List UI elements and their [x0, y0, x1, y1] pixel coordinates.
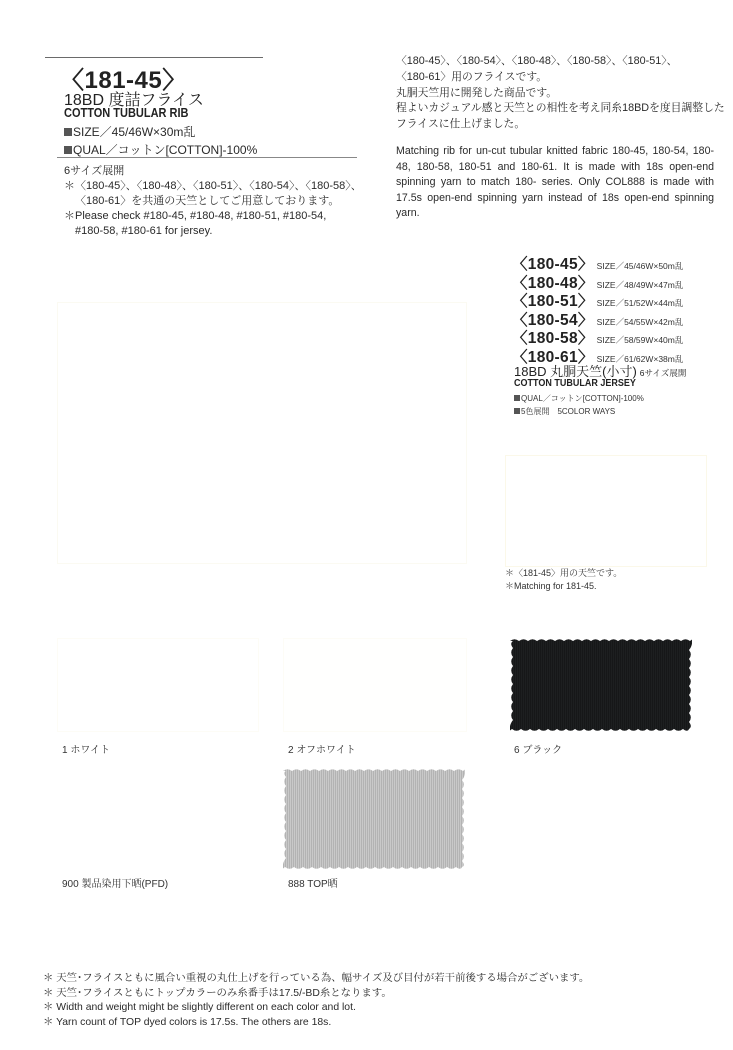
color-label-pfd: 900 製品染用下晒(PFD): [62, 875, 168, 890]
footnotes: ＊ 天竺･フライスともに風合い重視の丸仕上げを行っている為、幅サイズ及び目付が若…: [43, 972, 589, 1030]
jersey-swatch: [505, 455, 707, 567]
jersey-size-row: 〈180-58〉SIZE／58/59W×40m乱: [512, 326, 683, 345]
jersey-qual-text: QUAL／コットン[COTTON]-100%: [521, 394, 644, 403]
jersey-size-row: 〈180-45〉SIZE／45/46W×50m乱: [512, 252, 683, 271]
jersey-name-en: COTTON TUBULAR JERSEY: [514, 378, 636, 389]
swatch-offwhite: [283, 638, 467, 732]
spec-size: SIZE／45/46W×30m乱: [64, 123, 195, 140]
jersey-size-row: 〈180-48〉SIZE／48/49W×47m乱: [512, 271, 683, 290]
bullet-square-icon: [64, 146, 72, 154]
jersey-size-row: 〈180-54〉SIZE／54/55W×42m乱: [512, 308, 683, 327]
spec-qual-text: QUAL／コットン[COTTON]-100%: [73, 143, 257, 157]
spec-size-text: SIZE／45/46W×30m乱: [73, 125, 195, 139]
jersey-name-note: 6サイズ展開: [640, 368, 687, 378]
product-name-en: COTTON TUBULAR RIB: [64, 106, 188, 120]
swatch-top-gray: [283, 768, 465, 870]
description-jp: 〈180-45〉、〈180-54〉、〈180-48〉、〈180-58〉、〈180…: [396, 54, 731, 133]
footnote: ＊ Yarn count of TOP dyed colors is 17.5s…: [43, 1016, 589, 1031]
description-jp-line: 丸胴天竺用に開発した商品です。: [396, 86, 731, 102]
jersey-note-jp: ＊〈181-45〉用の天竺です。: [505, 567, 622, 580]
bullet-square-icon: [514, 395, 520, 401]
jersey-size: SIZE／45/46W×50m乱: [597, 261, 684, 271]
jersey-note-en: ＊Matching for 181-45.: [505, 580, 622, 593]
footnote: ＊ 天竺･フライスともに風合い重視の丸仕上げを行っている為、幅サイズ及び目付が若…: [43, 972, 589, 987]
six-sizes-line: #180-58, #180-61 for jersey.: [64, 224, 362, 239]
description-en: Matching rib for un-cut tubular knitted …: [396, 144, 714, 222]
six-sizes-line: ＊Please check #180-45, #180-48, #180-51,…: [64, 209, 362, 224]
description-jp-line: フライスに仕上げました。: [396, 117, 731, 133]
jersey-colors-text: 5色展開 5COLOR WAYS: [521, 407, 615, 416]
color-label-black: 6 ブラック: [514, 741, 562, 756]
bullet-square-icon: [64, 128, 72, 136]
jersey-size: SIZE／51/52W×44m乱: [597, 298, 684, 308]
jersey-size-list: 〈180-45〉SIZE／45/46W×50m乱 〈180-48〉SIZE／48…: [512, 252, 683, 363]
jersey-name-jp-text: 18BD 丸胴天竺(小寸): [514, 364, 637, 379]
six-sizes-heading: 6サイズ展開: [64, 164, 362, 179]
jersey-size: SIZE／54/55W×42m乱: [597, 317, 684, 327]
top-divider: [45, 57, 263, 58]
six-sizes-line: 〈180-61〉を共通の天竺としてご用意しております。: [64, 194, 362, 209]
color-label-white: 1 ホワイト: [62, 741, 110, 756]
footnote: ＊ Width and weight might be slightly dif…: [43, 1001, 589, 1016]
jersey-size: SIZE／58/59W×40m乱: [597, 335, 684, 345]
color-label-top: 888 TOP晒: [288, 875, 338, 890]
six-sizes-note: 6サイズ展開 ＊〈180-45〉、〈180-48〉、〈180-51〉、〈180-…: [64, 164, 362, 239]
jersey-qual: QUAL／コットン[COTTON]-100%: [514, 393, 644, 404]
color-label-offwhite: 2 オフホワイト: [288, 741, 356, 756]
description-jp-line: 程よいカジュアル感と天竺との相性を考え同糸18BDを度目調整した: [396, 101, 731, 117]
jersey-colors: 5色展開 5COLOR WAYS: [514, 406, 615, 417]
jersey-size-row: 〈180-51〉SIZE／51/52W×44m乱: [512, 289, 683, 308]
description-jp-line: 〈180-45〉、〈180-54〉、〈180-48〉、〈180-58〉、〈180…: [396, 54, 731, 70]
spec-qual: QUAL／コットン[COTTON]-100%: [64, 141, 257, 158]
swatch-white: [57, 302, 467, 564]
six-sizes-line: ＊〈180-45〉、〈180-48〉、〈180-51〉、〈180-54〉、〈18…: [64, 179, 362, 194]
swatch-pfd: [57, 638, 259, 732]
jersey-size: SIZE／48/49W×47m乱: [597, 280, 684, 290]
footnote: ＊ 天竺･フライスともにトップカラーのみ糸番手は17.5/-BD糸となります。: [43, 987, 589, 1002]
swatch-black: [510, 638, 692, 732]
bullet-square-icon: [514, 408, 520, 414]
description-jp-line: 〈180-61〉用のフライスです。: [396, 70, 731, 86]
jersey-note: ＊〈181-45〉用の天竺です。 ＊Matching for 181-45.: [505, 567, 622, 593]
